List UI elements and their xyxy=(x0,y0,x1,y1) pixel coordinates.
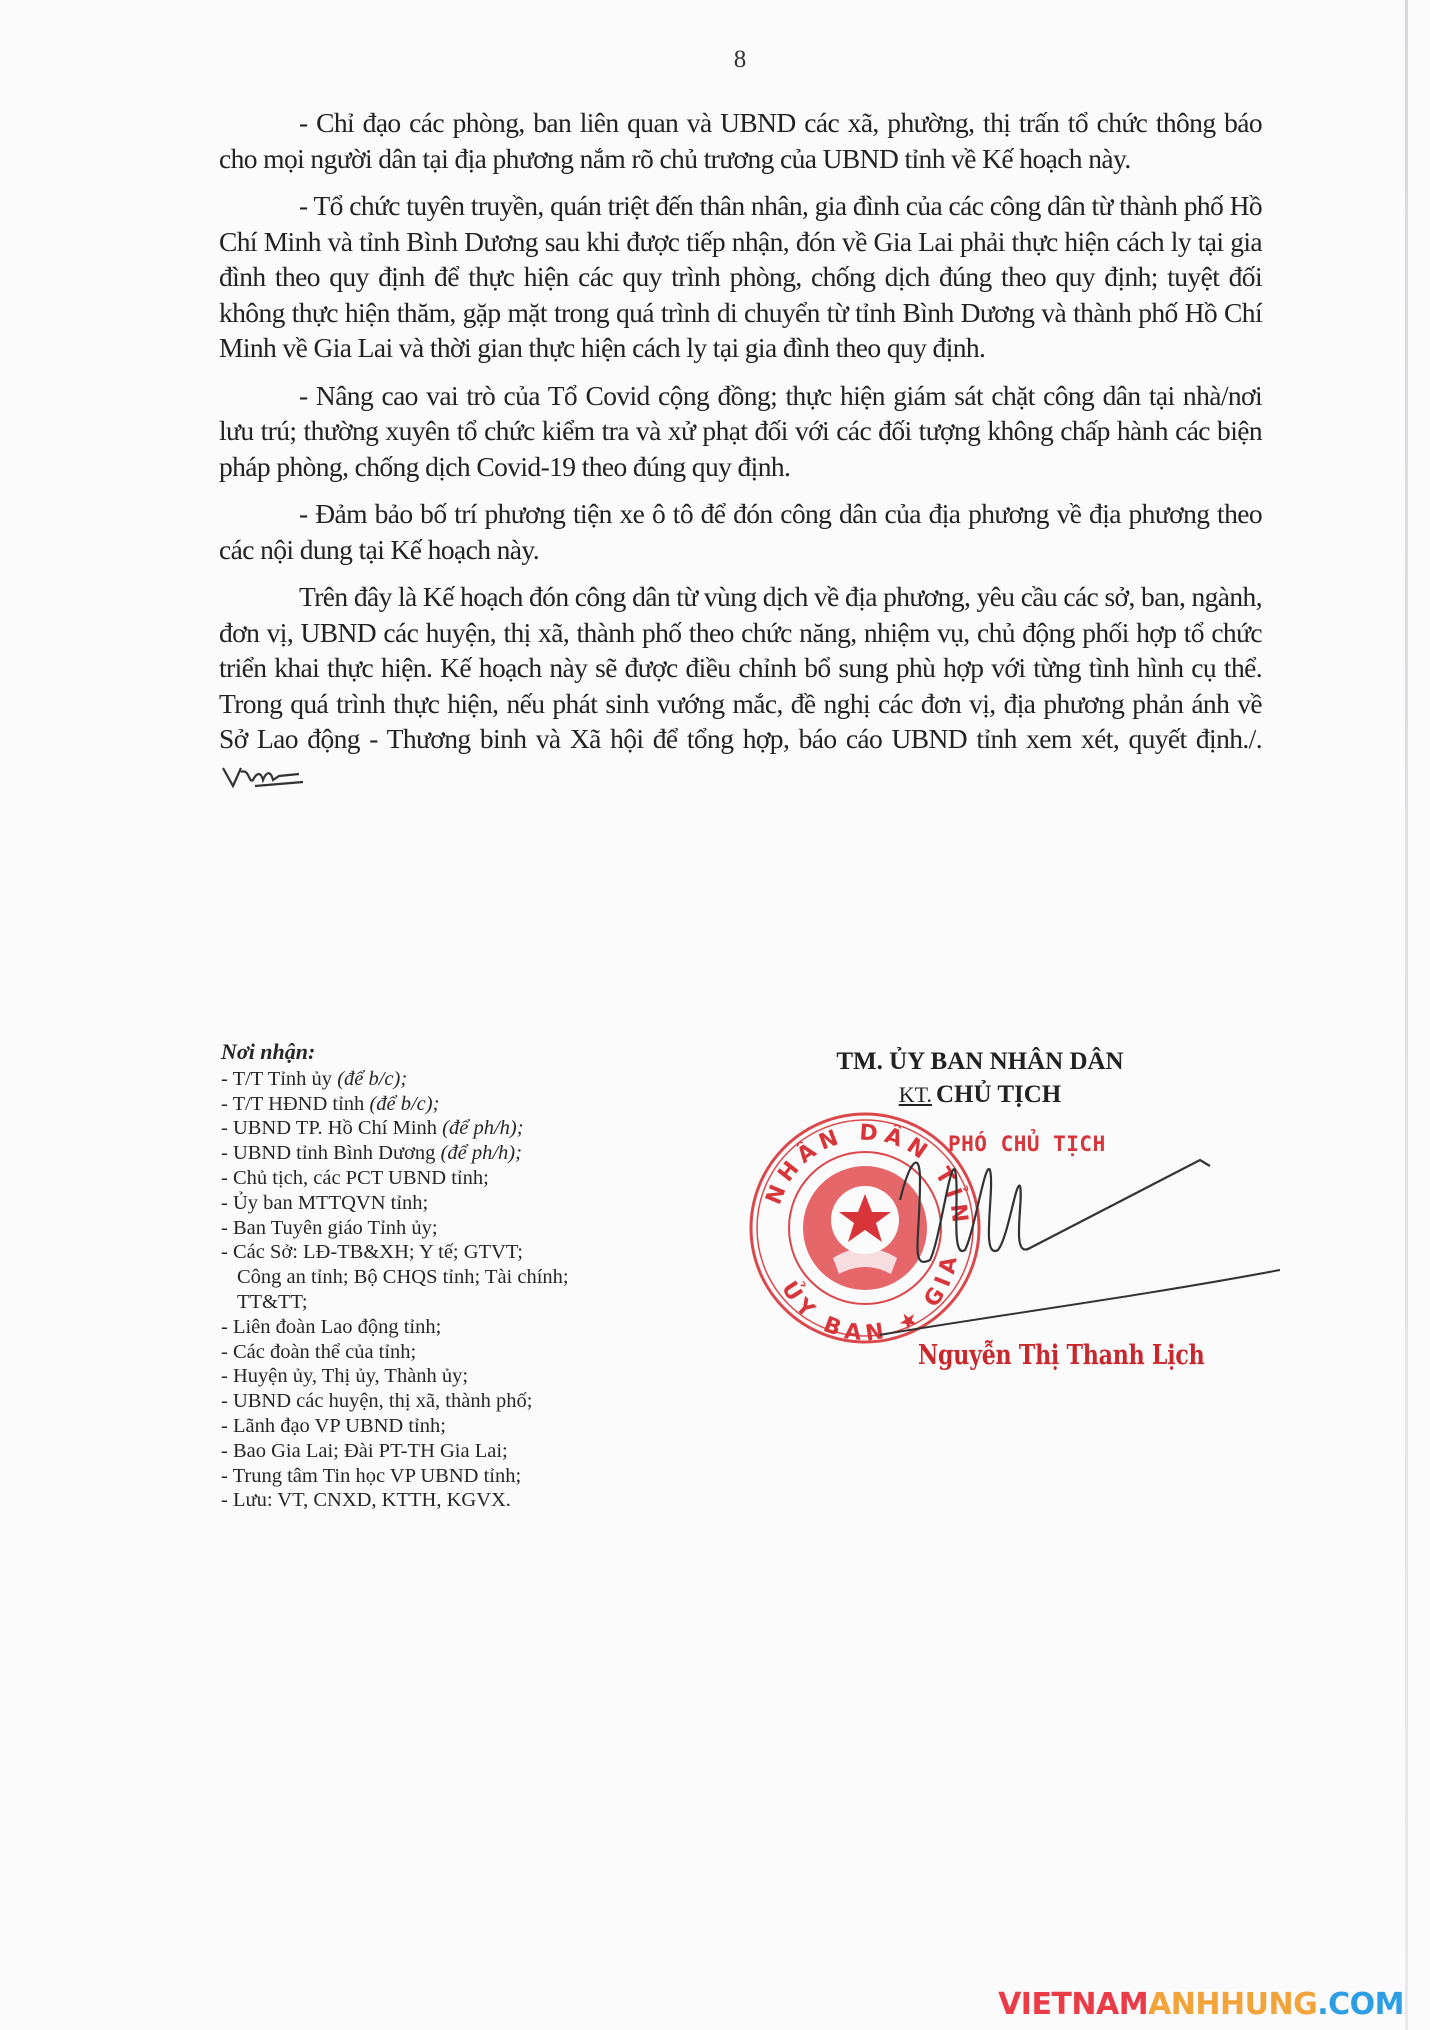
recipient-note: (để b/c); xyxy=(337,1068,407,1090)
paragraph-directive: - Chỉ đạo các phòng, ban liên quan và UB… xyxy=(219,105,1262,176)
recipient-item: - UBND tỉnh Bình Dương (để ph/h); xyxy=(221,1141,721,1166)
recipient-note: (để ph/h); xyxy=(441,1142,522,1164)
initials-mark-icon xyxy=(219,764,309,790)
recipient-item: - UBND TP. Hồ Chí Minh (để ph/h); xyxy=(221,1116,721,1141)
recipient-item: - Các Sở: LĐ-TB&XH; Y tế; GTVT; xyxy=(221,1240,721,1265)
recipient-item: - Lãnh đạo VP UBND tỉnh; xyxy=(221,1414,721,1439)
signature-org-line: TM. ỦY BAN NHÂN DÂN xyxy=(780,1045,1180,1078)
recipient-item: - Ủy ban MTTQVN tỉnh; xyxy=(221,1191,721,1216)
signer-name: Nguyễn Thị Thanh Lịch xyxy=(918,1340,1204,1371)
recipient-item: - UBND các huyện, thị xã, thành phố; xyxy=(221,1389,721,1414)
recipient-item: - T/T Tỉnh ủy (để b/c); xyxy=(221,1067,721,1092)
recipient-item: - Trung tâm Tin học VP UBND tỉnh; xyxy=(221,1464,721,1489)
recipient-note: (để b/c); xyxy=(369,1093,439,1115)
recipient-item: - Ban Tuyên giáo Tỉnh ủy; xyxy=(221,1216,721,1241)
recipient-item: - Liên đoàn Lao động tỉnh; xyxy=(221,1315,721,1340)
site-watermark: VIETNAMANHHUNG.COM xyxy=(998,1987,1404,2022)
recipient-item: - Chủ tịch, các PCT UBND tỉnh; xyxy=(221,1166,721,1191)
recipient-note: (để ph/h); xyxy=(442,1117,523,1139)
paragraph-transport: - Đảm bảo bố trí phương tiện xe ô tô để … xyxy=(219,496,1262,567)
paragraph-conclusion: Trên đây là Kế hoạch đón công dân từ vùn… xyxy=(219,579,1262,792)
page-edge xyxy=(1405,0,1408,2030)
page-number: 8 xyxy=(0,46,1430,74)
recipient-item: - T/T HĐND tỉnh (để b/c); xyxy=(221,1092,721,1117)
recipient-item: TT&TT; xyxy=(221,1290,721,1315)
signature-block: TM. ỦY BAN NHÂN DÂN KT.CHỦ TỊCH xyxy=(780,1045,1180,1111)
recipient-item: Công an tỉnh; Bộ CHQS tỉnh; Tài chính; xyxy=(221,1265,721,1290)
recipients-list: Nơi nhận: - T/T Tỉnh ủy (để b/c);- T/T H… xyxy=(221,1040,721,1513)
recipient-item: - Các đoàn thể của tỉnh; xyxy=(221,1340,721,1365)
recipient-item: - Bao Gia Lai; Đài PT-TH Gia Lai; xyxy=(221,1439,721,1464)
document-body: - Chỉ đạo các phòng, ban liên quan và UB… xyxy=(219,105,1262,804)
recipients-title: Nơi nhận: xyxy=(221,1040,721,1065)
signature-title-line: KT.CHỦ TỊCH xyxy=(780,1078,1180,1111)
paragraph-propaganda: - Tổ chức tuyên truyền, quán triệt đến t… xyxy=(219,188,1262,366)
recipient-item: - Lưu: VT, CNXD, KTTH, KGVX. xyxy=(221,1488,721,1513)
paragraph-covid-team: - Nâng cao vai trò của Tổ Covid cộng đồn… xyxy=(219,378,1262,485)
signer-role: PHÓ CHỦ TỊCH xyxy=(948,1132,1106,1156)
on-behalf-prefix: KT. xyxy=(899,1082,932,1107)
recipient-item: - Huyện ủy, Thị ủy, Thành ủy; xyxy=(221,1364,721,1389)
